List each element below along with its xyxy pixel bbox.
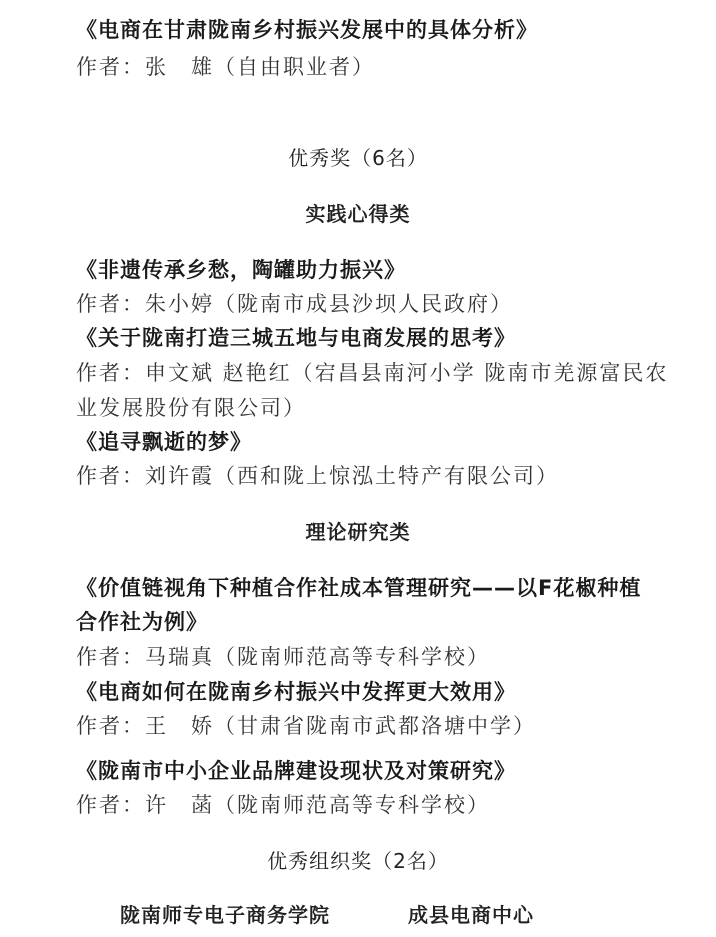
entry-author: 作者：马瑞真（陇南师范高等专科学校） <box>76 644 490 670</box>
entry-title-continued: 合作社为例》 <box>76 609 208 635</box>
entry-title: 《关于陇南打造三城五地与电商发展的思考》 <box>76 325 516 351</box>
entry-title: 《非遗传承乡愁，陶罐助力振兴》 <box>76 257 406 283</box>
entry-author: 作者：王 娇（甘肃省陇南市武都洛塘中学） <box>76 713 536 739</box>
section-heading-organization-award: 优秀组织奖（2名） <box>0 848 716 874</box>
category-heading-practice: 实践心得类 <box>0 201 716 227</box>
entry-author: 作者：朱小婷（陇南市成县沙坝人民政府） <box>76 291 513 317</box>
entry-title: 《陇南市中小企业品牌建设现状及对策研究》 <box>76 758 516 784</box>
entry-author: 作者：刘许霞（西和陇上惊泓土特产有限公司） <box>76 463 559 489</box>
organization-winner: 陇南师专电子商务学院 <box>120 902 330 928</box>
entry-title: 《价值链视角下种植合作社成本管理研究——以F花椒种植 <box>76 575 641 601</box>
entry-author-continued: 业发展股份有限公司） <box>76 395 306 421</box>
organization-winner: 成县电商中心 <box>408 902 534 928</box>
category-heading-theory: 理论研究类 <box>0 519 716 545</box>
entry-title: 《电商在甘肃陇南乡村振兴发展中的具体分析》 <box>76 17 538 43</box>
entry-author: 作者：张 雄（自由职业者） <box>76 54 375 80</box>
entry-author: 作者：许 菡（陇南师范高等专科学校） <box>76 792 490 818</box>
section-heading-excellent-award: 优秀奖（6名） <box>0 145 716 171</box>
entry-author: 作者：申文斌 赵艳红（宕昌县南河小学 陇南市羌源富民农 <box>76 360 668 386</box>
entry-title: 《电商如何在陇南乡村振兴中发挥更大效用》 <box>76 679 516 705</box>
entry-title: 《追寻飘逝的梦》 <box>76 429 252 455</box>
